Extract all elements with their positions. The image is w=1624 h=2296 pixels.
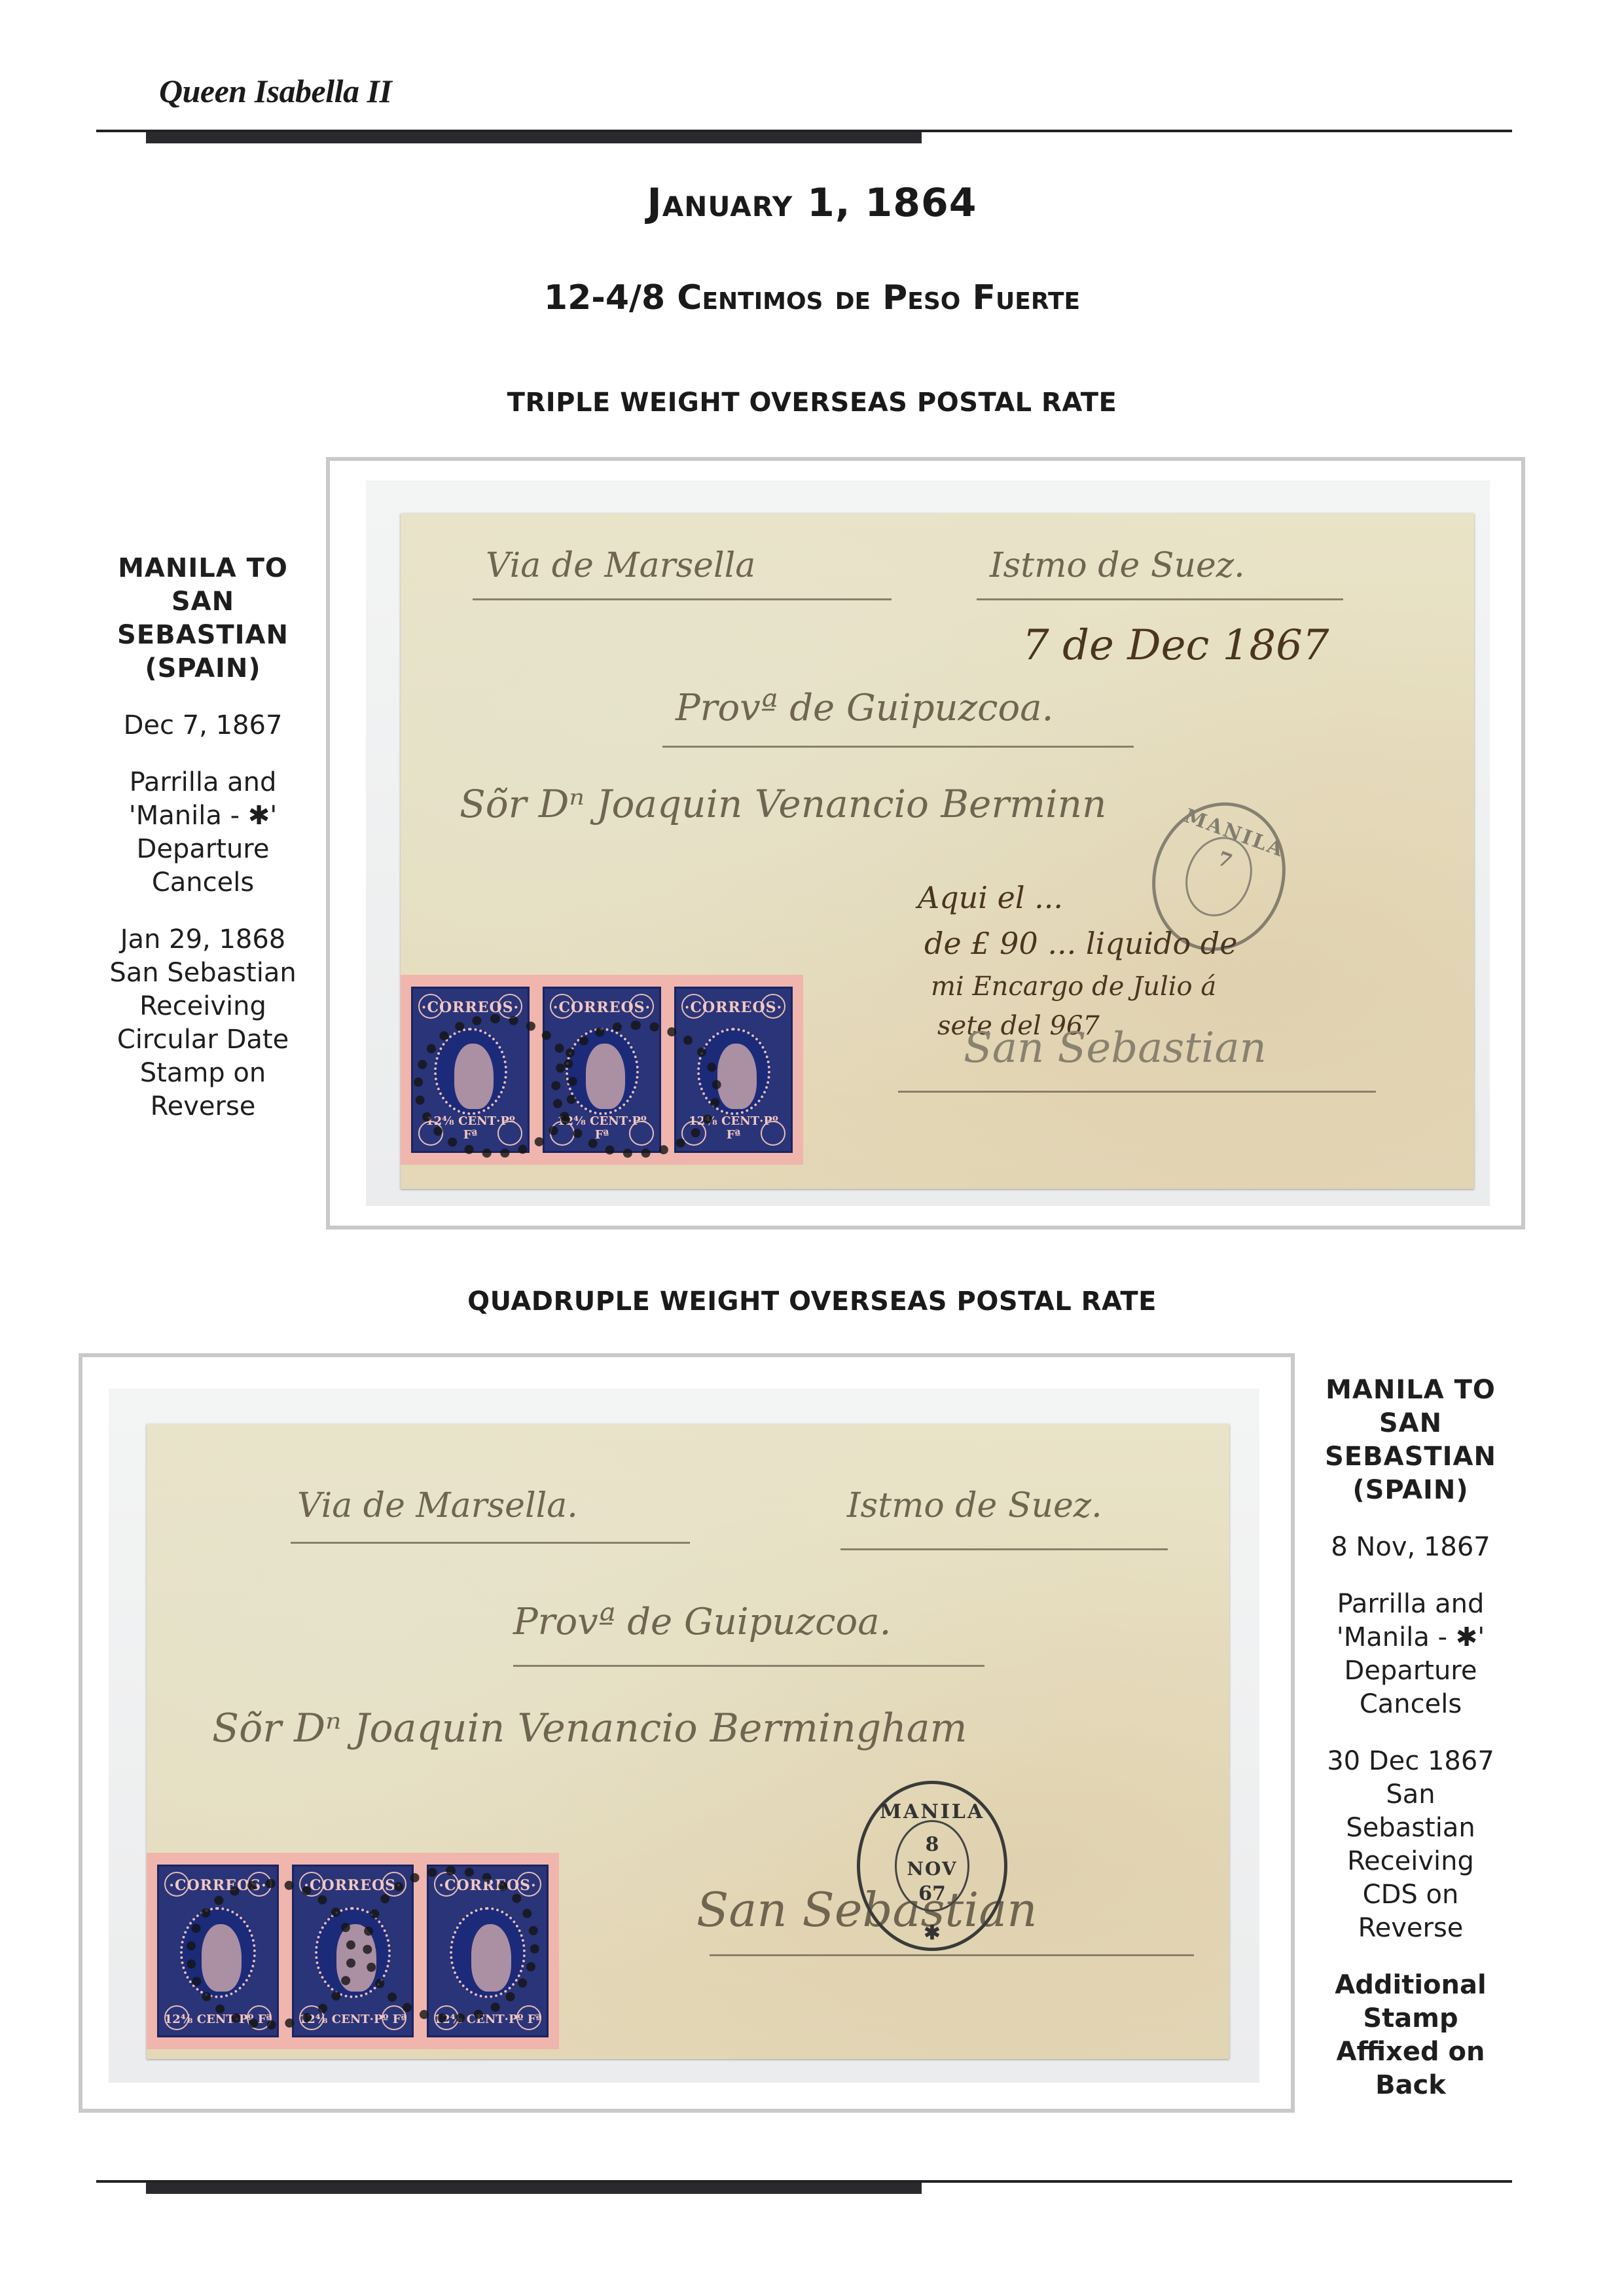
postmark-month: NOV [860,1858,1004,1880]
cancels-line: Departure [137,834,270,864]
route-line: SEBASTIAN [117,620,289,650]
cancels-note: Parrilla and 'Manila - ✱' Departure Canc… [1303,1588,1519,1721]
caption-exhibit-2: MANILA TO SAN SEBASTIAN (SPAIN) 8 Nov, 1… [1303,1374,1519,2126]
footer-rule-bar [146,2183,922,2194]
route-heading: MANILA TO SAN SEBASTIAN (SPAIN) [92,552,314,685]
postal-cover-1: Via de Marsella Istmo de Suez. 7 de Dec … [401,513,1474,1189]
cancels-line: Departure [1344,1656,1477,1686]
manila-postmark: MANILA 8 NOV 67 ✱ [857,1781,1007,1951]
caption-exhibit-1: MANILA TO SAN SEBASTIAN (SPAIN) Dec 7, 1… [92,552,314,1147]
note-line: Additional [1335,1970,1486,2000]
postmark-day: 8 [860,1833,1004,1856]
route-line: SAN [171,587,234,617]
underline [898,1091,1376,1093]
city-line: San Sebastian [964,1024,1267,1072]
parrilla-cancel [363,1866,539,2023]
note-line: mi Encargo de Julio á [931,972,1216,1002]
addressee-line: Sõr Dⁿ Joaquin Venancio Berminn [460,782,1106,826]
cancels-note: Parrilla and 'Manila - ✱' Departure Canc… [92,766,314,900]
section-heading-quadruple: QUADRUPLE WEIGHT OVERSEAS POSTAL RATE [0,1286,1624,1317]
cancels-line: 'Manila - ✱' [1337,1622,1485,1652]
province-line: Provª de Guipuzcoa. [513,1601,891,1643]
parrilla-cancel [186,1879,356,2030]
stamp-top-text: ·CORREOS· [551,999,653,1016]
postal-cover-2: Via de Marsella. Istmo de Suez. Provª de… [147,1424,1229,2059]
header-rule-bar [146,132,922,143]
cancels-line: Cancels [1360,1689,1462,1719]
note-line: Affixed on [1336,2037,1485,2067]
route-marking-left: Via de Marsella. [297,1486,578,1525]
page-title: January 1, 1864 [0,180,1624,226]
underline [840,1548,1168,1550]
receiving-line: Jan 29, 1868 [120,924,286,955]
running-title: Queen Isabella II [159,72,391,110]
route-line: MANILA TO [118,553,288,583]
route-line: MANILA TO [1326,1375,1496,1405]
route-line: (SPAIN) [145,653,261,683]
route-line: SAN [1379,1408,1442,1438]
receiving-line: San [1386,1779,1435,1810]
underline [473,598,892,600]
underline [977,598,1343,600]
receiving-line: Reverse [1358,1913,1464,1943]
route-marking-left: Via de Marsella [486,546,755,585]
cancels-line: Cancels [152,867,254,898]
route-line: SEBASTIAN [1325,1442,1496,1472]
cover-frame-2: Via de Marsella. Istmo de Suez. Provª de… [79,1353,1295,2113]
stamp-strip-of-three: ·CORREOS· 12⁴⁄₈ CENT·Pº Fª ·CORREOS· 12⁴… [401,975,803,1165]
postmark-town: MANILA [860,1800,1004,1823]
receiving-line: Stamp on [140,1058,266,1088]
queen-portrait [717,1044,757,1108]
receiving-line: Circular Date [117,1025,289,1055]
route-marking-right: Istmo de Suez. [990,546,1245,585]
underline [662,746,1134,748]
stamp-strip-of-three: ·CORREOS· 12⁴⁄₈ CENT·Pº Fª ·CORREOS· 12⁴… [147,1853,559,2049]
note-line: Stamp [1363,2003,1458,2033]
cover-frame-1: Via de Marsella Istmo de Suez. 7 de Dec … [326,457,1525,1230]
postmark-star-icon: ✱ [860,1922,1004,1944]
route-marking-right: Istmo de Suez. [847,1486,1102,1525]
stamp-top-text: ·CORREOS· [683,999,784,1016]
receiving-note: 30 Dec 1867 San Sebastian Receiving CDS … [1303,1745,1519,1945]
cancels-line: Parrilla and [1337,1589,1485,1619]
receiving-line: 30 Dec 1867 [1327,1746,1494,1776]
page-subtitle: 12-4/8 Centimos de Peso Fuerte [0,278,1624,318]
route-line: (SPAIN) [1352,1475,1468,1505]
underline [291,1542,690,1544]
additional-stamp-note: Additional Stamp Affixed on Back [1303,1969,1519,2102]
receiving-line: Reverse [151,1091,256,1121]
dated-annotation: 7 de Dec 1867 [1022,621,1329,670]
departure-date: Dec 7, 1867 [92,709,314,742]
route-heading: MANILA TO SAN SEBASTIAN (SPAIN) [1303,1374,1519,1507]
receiving-line: Receiving [139,991,266,1021]
section-heading-triple: TRIPLE WEIGHT OVERSEAS POSTAL RATE [0,388,1624,418]
receiving-line: Sebastian [1346,1813,1475,1843]
parrilla-cancel [551,1021,721,1158]
province-line: Provª de Guipuzcoa. [676,687,1053,729]
cancels-line: 'Manila - ✱' [129,801,277,831]
note-line: Back [1375,2070,1446,2100]
postmark-year: 67 [860,1882,1004,1905]
underline [710,1954,1194,1956]
departure-date: 8 Nov, 1867 [1303,1531,1519,1564]
cancels-line: Parrilla and [130,767,277,797]
receiving-line: San Sebastian [109,958,296,988]
receiving-note: Jan 29, 1868 San Sebastian Receiving Cir… [92,923,314,1123]
stamp-top-text: ·CORREOS· [420,999,521,1016]
receiving-line: CDS on [1363,1880,1459,1910]
underline [513,1665,984,1667]
addressee-line: Sõr Dⁿ Joaquin Venancio Bermingham [212,1705,967,1751]
note-line: Aqui el ... [918,880,1063,915]
receiving-line: Receiving [1347,1846,1474,1876]
